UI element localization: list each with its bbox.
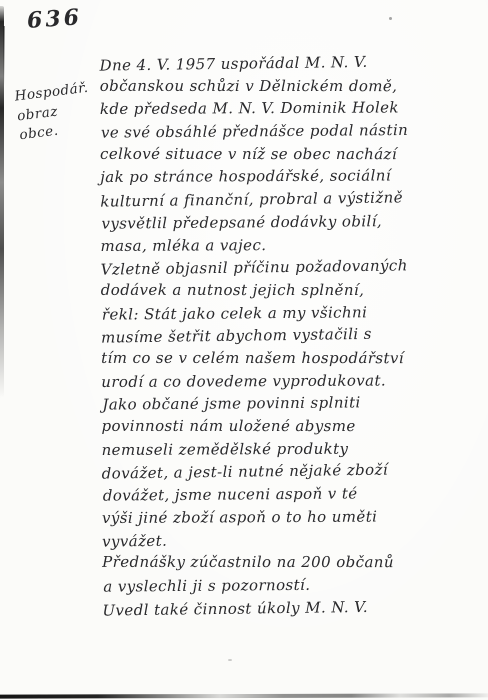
text-line: ve své obsáhlé přednášce podal nástin bbox=[101, 118, 473, 144]
text-line: Jako občané jsme povinni splniti bbox=[102, 391, 474, 417]
text-line: musíme šetřit abychom vystačili s bbox=[101, 322, 473, 350]
text-line: dovážet, jsme nuceni aspoň v té bbox=[103, 481, 475, 507]
margin-note: Hospodář. obraz obce. bbox=[14, 79, 95, 146]
scan-speck bbox=[389, 17, 392, 20]
text-line: Dne 4. V. 1957 uspořádal M. N. V. bbox=[99, 49, 471, 77]
text-line: Uvedl také činnost úkoly M. N. V. bbox=[102, 594, 474, 622]
scan-binding-artifact bbox=[0, 6, 4, 398]
scan-bottom-edge-artifact bbox=[0, 693, 488, 698]
text-line: povinnosti nám uložené abysme bbox=[101, 415, 473, 438]
text-line: urodí a co dovedeme vyprodukovat. bbox=[101, 369, 473, 394]
text-line: Vzletně objasnil příčinu požadovaných bbox=[101, 254, 473, 282]
text-line: celkové situace v níž se obec nachází bbox=[100, 143, 472, 166]
scanned-document-page: 636 Hospodář. obraz obce. Dne 4. V. 1957… bbox=[0, 0, 488, 700]
text-line: Přednášky zúčastnilo na 200 občanů bbox=[102, 551, 474, 574]
text-line: dodávek a nutnost jejich splnění, bbox=[101, 279, 473, 302]
page-number: 636 bbox=[26, 4, 83, 34]
text-line: kde předseda M. N. V. Dominik Holek bbox=[100, 96, 472, 121]
text-line: tím co se v celém našem hospodářství bbox=[101, 347, 473, 370]
handwritten-body-text: Dne 4. V. 1957 uspořádal M. N. V. občans… bbox=[100, 51, 475, 620]
text-line: občanskou schůzi v Dělnickém domě, bbox=[100, 75, 472, 98]
scan-speck bbox=[228, 659, 232, 661]
text-line: vyvážet. bbox=[102, 526, 474, 554]
text-line: vysvětlil předepsané dodávky obilí, bbox=[101, 209, 473, 235]
